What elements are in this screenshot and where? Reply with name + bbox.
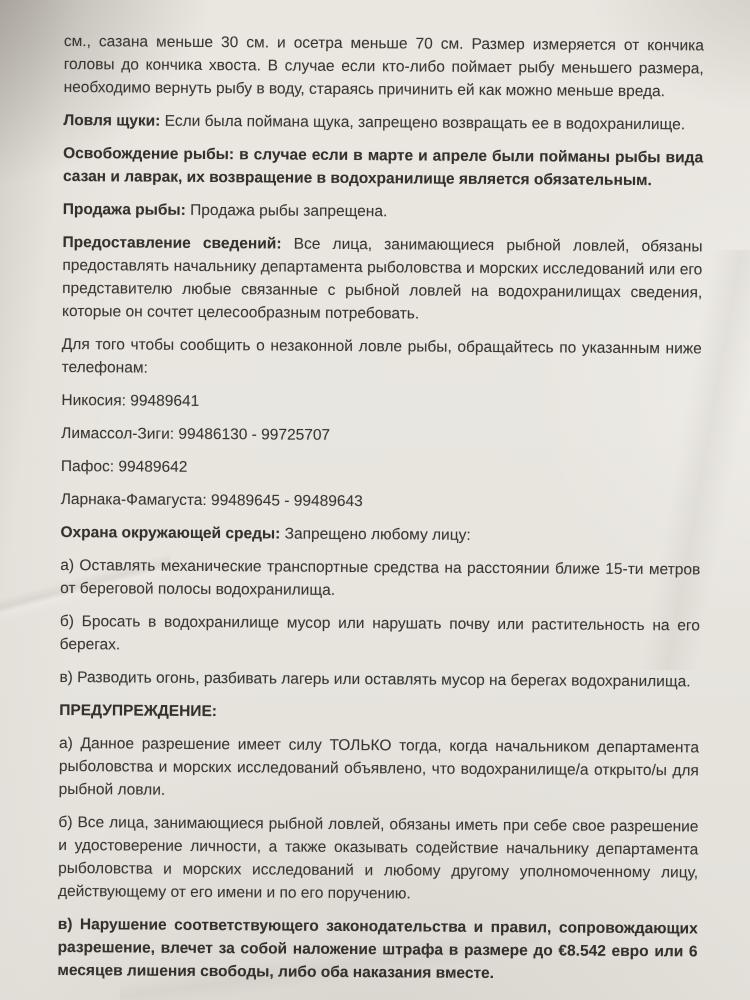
environment-protection-label: Охрана окружающей среды:	[60, 524, 280, 543]
fish-release-label: Освобождение рыбы:	[63, 145, 234, 163]
fish-sale-rule: Продажа рыбы: Продажа рыбы запрещена.	[63, 198, 703, 225]
warning-item-b: б) Все лица, занимающиеся рыбной ловлей,…	[58, 811, 699, 907]
pike-fishing-text: Если была поймана щука, запрещено возвра…	[165, 113, 685, 134]
environment-rule-b: б) Бросать в водохранилище мусор или нар…	[60, 610, 700, 660]
phone-limassol-zygi: Лимассол-Зиги: 99486130 - 99725707	[61, 422, 701, 449]
pike-fishing-label: Ловля щуки:	[63, 112, 160, 130]
environment-protection-text: Запрещено любому лицу:	[285, 526, 471, 544]
pike-fishing-rule: Ловля щуки: Если была поймана щука, запр…	[63, 109, 703, 136]
environment-rule-a: а) Оставлять механические транспортные с…	[60, 554, 700, 604]
environment-protection-rule: Охрана окружающей среды: Запрещено любом…	[60, 521, 700, 548]
photographed-document: см., сазана меньше 30 см. и осетра меньш…	[0, 0, 750, 1000]
phone-paphos: Пафос: 99489642	[61, 455, 701, 482]
environment-rule-c: в) Разводить огонь, разбивать лагерь или…	[59, 666, 699, 693]
fish-sale-label: Продажа рыбы:	[63, 201, 186, 219]
phone-nicosia: Никосия: 99489641	[61, 389, 701, 416]
information-provision-rule: Предоставление сведений: Все лица, заним…	[62, 231, 703, 327]
fish-sale-text: Продажа рыбы запрещена.	[190, 202, 387, 220]
warning-item-c: в) Нарушение соответствующего законодате…	[57, 913, 697, 986]
information-provision-label: Предоставление сведений:	[62, 234, 281, 253]
document-content: см., сазана меньше 30 см. и осетра меньш…	[57, 30, 704, 996]
phone-larnaca-famagusta: Ларнака-Фамагуста: 99489645 - 99489643	[61, 488, 701, 515]
report-illegal-fishing-intro: Для того чтобы сообщить о незаконной лов…	[62, 333, 702, 383]
size-rule-paragraph: см., сазана меньше 30 см. и осетра меньш…	[64, 30, 704, 103]
fish-release-rule: Освобождение рыбы: в случае если в марте…	[63, 142, 703, 192]
warning-heading: ПРЕДУПРЕЖДЕНИЕ:	[59, 699, 699, 726]
warning-item-a: а) Данное разрешение имеет силу ТОЛЬКО т…	[59, 732, 699, 805]
